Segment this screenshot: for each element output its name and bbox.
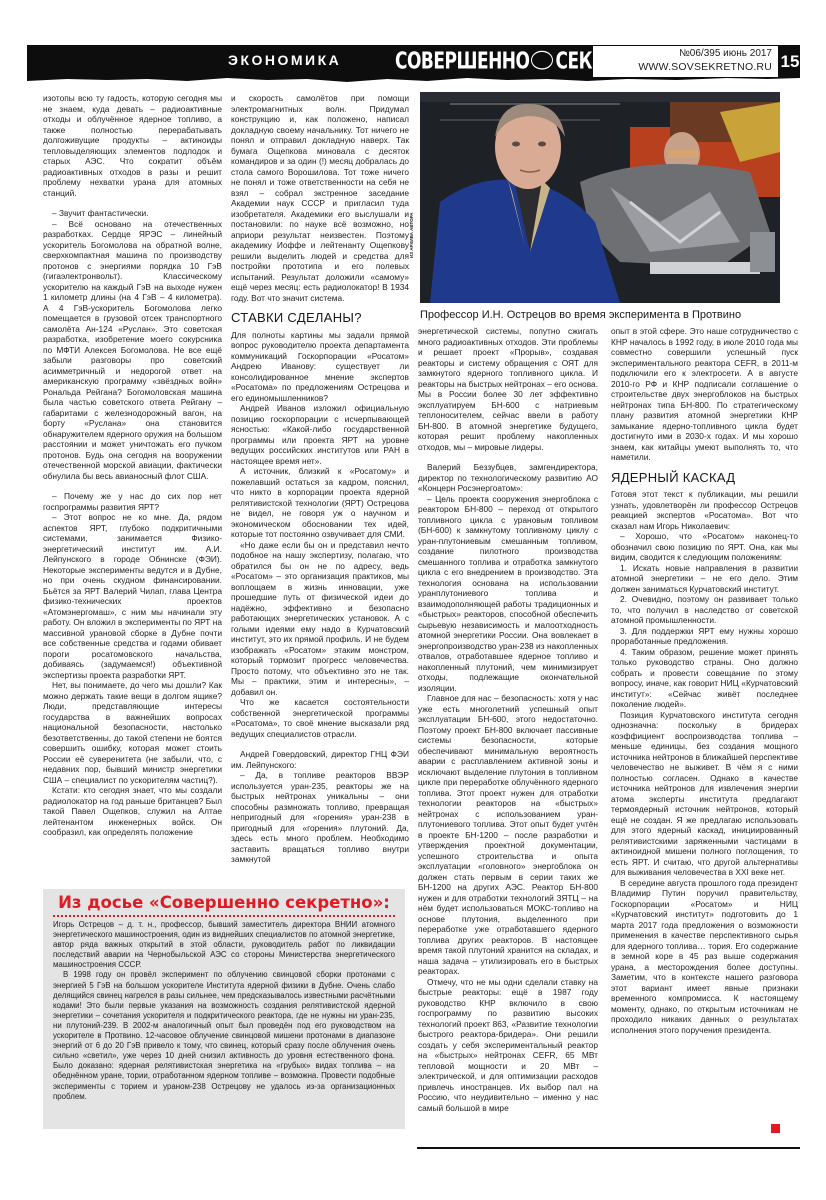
paragraph: Игорь Острецов – д. т. н., профессор, бы… [53, 920, 395, 970]
list-item: 4. Таким образом, решение может принять … [611, 647, 798, 710]
paragraph: Нет, вы понимаете, до чего мы дошли? Как… [43, 680, 222, 785]
paragraph: изотопы всю ту гадость, которую сегодня … [43, 93, 222, 198]
dossier-title: Из досье «Совершенно секретно»: [43, 893, 405, 912]
section-label: ЭКОНОМИКА [228, 52, 341, 68]
page-number: 15 [780, 46, 800, 77]
photo-illustration [420, 92, 780, 303]
photo-professor-ostretsov [420, 92, 780, 303]
paragraph: Что же касается состоятельности собствен… [231, 697, 409, 739]
article-column-1: изотопы всю ту гадость, которую сегодня … [43, 93, 222, 838]
paragraph: Андрей Иванов изложил официальную позици… [231, 403, 409, 466]
paragraph: – Почему же у нас до сих пор нет госпрог… [43, 491, 222, 512]
paragraph: – Всё основано на отечественных разработ… [43, 219, 222, 482]
paragraph: В 1998 году он провёл эксперимент по обл… [53, 970, 395, 1101]
paragraph: Кстати: кто сегодня знает, что мы создал… [43, 785, 222, 838]
dotted-divider [53, 915, 395, 917]
article-column-4: опыт в этой сфере. Это наше сотрудничест… [611, 326, 798, 1035]
paragraph: Отмечу, что не мы одни сделали ставку на… [418, 977, 598, 1114]
paragraph: – Да, в топливе реакторов ВВЭР используе… [231, 770, 409, 865]
dossier-body: Игорь Острецов – д. т. н., профессор, бы… [53, 920, 395, 1102]
paragraph: А источник, близкий к «Росатому» и пожел… [231, 466, 409, 540]
subheading-stakes: СТАВКИ СДЕЛАНЫ? [231, 313, 409, 324]
paragraph: – Этот вопрос не ко мне. Да, рядом аспек… [43, 512, 222, 680]
dossier-sidebar: Из досье «Совершенно секретно»: Игорь Ос… [43, 889, 405, 1129]
paragraph: Для полноты картины мы задали прямой воп… [231, 330, 409, 404]
list-item: 2. Очевидно, поэтому он развивает только… [611, 594, 798, 626]
paragraph: Позиция Курчатовского института сегодня … [611, 710, 798, 878]
paragraph: опыт в этой сфере. Это наше сотрудничест… [611, 326, 798, 463]
photo-credit: ИЗ АРХИВА АВТОРА [409, 208, 414, 258]
paragraph: Готовя этот текст к публикации, мы решил… [611, 489, 798, 531]
paragraph: «Но даже если бы он и представил нечто п… [231, 540, 409, 698]
paragraph: и скорость самолётов при помощи электром… [231, 93, 409, 303]
paragraph: – Цель проекта сооружения энергоблока с … [418, 494, 598, 694]
paragraph: В середине августа прошлого года президе… [611, 878, 798, 1036]
photo-caption: Профессор И.Н. Острецов во время экспери… [420, 309, 741, 321]
article-column-3: энергетической системы, попутно сжигать … [418, 326, 598, 1113]
brand-left: СОВЕРШЕННО [395, 48, 529, 75]
torn-edge-decoration [27, 76, 800, 84]
speaker-intro: Андрей Говердовский, директор ГНЦ ФЭИ им… [231, 749, 409, 770]
issue-number: №06/395 июнь 2017 [604, 48, 772, 59]
website-link[interactable]: WWW.SOVSEKRETNO.RU [604, 61, 772, 73]
paragraph: – Хорошо, что «Росатом» наконец-то обозн… [611, 531, 798, 563]
paragraph: энергетической системы, попутно сжигать … [418, 326, 598, 452]
list-item: 3. Для поддержки ЯРТ ему нужны хорошо пр… [611, 626, 798, 647]
speaker-intro: Валерий Беззубцев, замгендиректора, дире… [418, 462, 598, 494]
paragraph: Главное для нас – безопасность: хотя у н… [418, 693, 598, 977]
end-of-article-marker-icon [771, 1124, 780, 1133]
subheading-nuclear-cascade: ЯДЕРНЫЙ КАСКАД [611, 473, 798, 484]
bottom-rule [417, 1147, 800, 1149]
globe-emblem-icon [531, 51, 553, 70]
paragraph: – Звучит фантастически. [43, 208, 222, 219]
article-column-2: и скорость самолётов при помощи электром… [231, 93, 409, 865]
list-item: 1. Искать новые направления в развитии а… [611, 563, 798, 595]
